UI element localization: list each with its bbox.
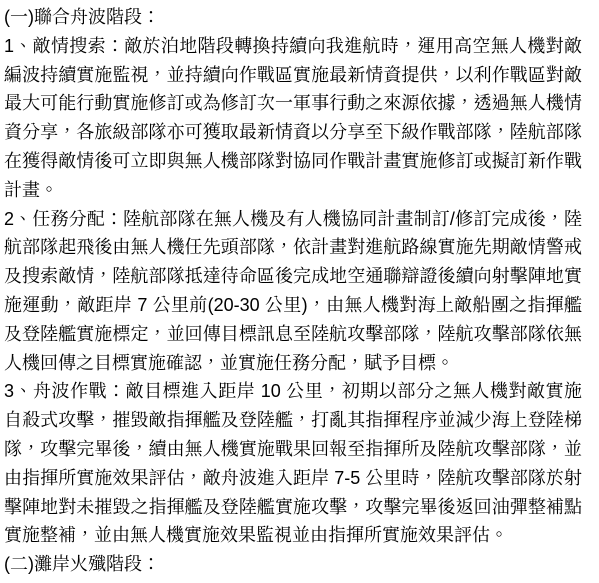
section-heading-beach-fire-annihilation-phase: (二)灘岸火殲階段： [4, 550, 582, 579]
paragraph-task-assignment: 2、任務分配：陸航部隊在無人機及有人機協同計畫制訂/修訂完成後，陸航部隊起飛後由… [4, 205, 582, 378]
document-page: (一)聯合舟波階段： 1、敵情搜索：敵於泊地階段轉換持續向我進航時，運用高空無人… [0, 0, 599, 583]
section-heading-joint-boat-wave-phase: (一)聯合舟波階段： [4, 3, 582, 32]
paragraph-enemy-situation-search: 1、敵情搜索：敵於泊地階段轉換持續向我進航時，運用高空無人機對敵編波持續實施監視… [4, 32, 582, 205]
paragraph-boat-wave-operations: 3、舟波作戰：敵目標進入距岸 10 公里，初期以部分之無人機對敵實施自殺式攻擊，… [4, 377, 582, 550]
